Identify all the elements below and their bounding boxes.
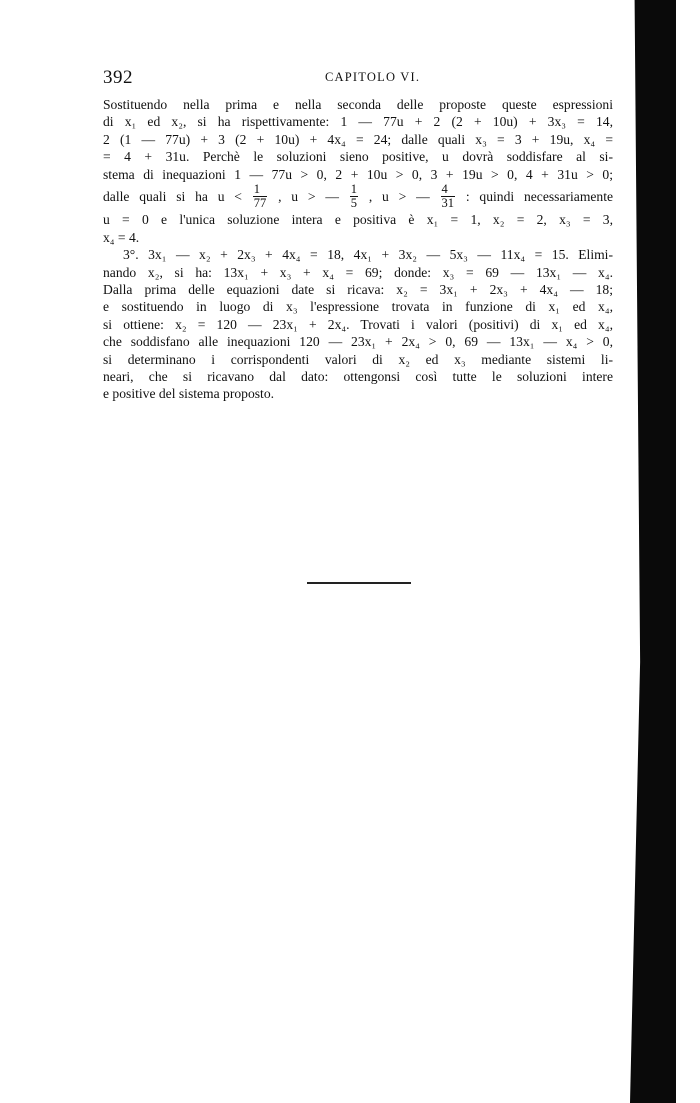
text-line: Dalla prima delle equazioni date si rica… xyxy=(103,281,613,298)
running-title: CAPITOLO VI. xyxy=(325,70,420,85)
text-line: = 4 + 31u. Perchè le soluzioni sieno pos… xyxy=(103,148,613,165)
fraction-denominator: 77 xyxy=(253,197,268,210)
fraction: 177 xyxy=(253,183,268,210)
text-line: e sostituendo in luogo di x₃ l'espressio… xyxy=(103,298,613,315)
fraction-denominator: 5 xyxy=(350,197,358,210)
page-header: 392 CAPITOLO VI. xyxy=(103,67,613,89)
text-line: che soddisfano alle inequazioni 120 — 23… xyxy=(103,333,613,350)
text-fragment: : quindi necessariamente xyxy=(466,189,613,204)
text-line: stema di inequazioni 1 — 77u > 0, 2 + 10… xyxy=(103,166,613,183)
binding-edge-shadow xyxy=(630,0,676,1103)
text-line: si ottiene: x₂ = 120 — 23x₁ + 2x₄. Trova… xyxy=(103,316,613,333)
fraction-numerator: 1 xyxy=(253,183,268,197)
text-line: di x₁ ed x₂, si ha rispettivamente: 1 — … xyxy=(103,113,613,130)
section-end-rule xyxy=(307,582,411,584)
page-number: 392 xyxy=(103,67,133,89)
text-line: si determinano i corrispondenti valori d… xyxy=(103,351,613,368)
text-line: x₄ = 4. xyxy=(103,229,613,246)
fraction: 431 xyxy=(441,183,456,210)
text-line: 3°. 3x₁ — x₂ + 2x₃ + 4x₄ = 18, 4x₁ + 3x₂… xyxy=(103,246,613,263)
text-line: 2 (1 — 77u) + 3 (2 + 10u) + 4x₄ = 24; da… xyxy=(103,131,613,148)
fraction-numerator: 1 xyxy=(350,183,358,197)
text-line-with-fractions: dalle quali si ha u < 177 , u > — 15 , u… xyxy=(103,183,613,211)
fraction-numerator: 4 xyxy=(441,183,456,197)
text-fragment: dalle quali si ha u < xyxy=(103,189,242,204)
body-text: Sostituendo nella prima e nella seconda … xyxy=(103,96,613,403)
fraction-denominator: 31 xyxy=(441,197,456,210)
text-line: Sostituendo nella prima e nella seconda … xyxy=(103,96,613,113)
text-line: u = 0 e l'unica soluzione intera e posit… xyxy=(103,211,613,228)
text-fragment: , u > — xyxy=(369,189,430,204)
text-line: neari, che si ricavano dal dato: ottengo… xyxy=(103,368,613,385)
fraction: 15 xyxy=(350,183,358,210)
text-line: nando x₂, si ha: 13x₁ + x₃ + x₄ = 69; do… xyxy=(103,264,613,281)
text-fragment: , u > — xyxy=(278,189,339,204)
text-line: e positive del sistema proposto. xyxy=(103,385,613,402)
book-page: 392 CAPITOLO VI. Sostituendo nella prima… xyxy=(0,0,700,1103)
